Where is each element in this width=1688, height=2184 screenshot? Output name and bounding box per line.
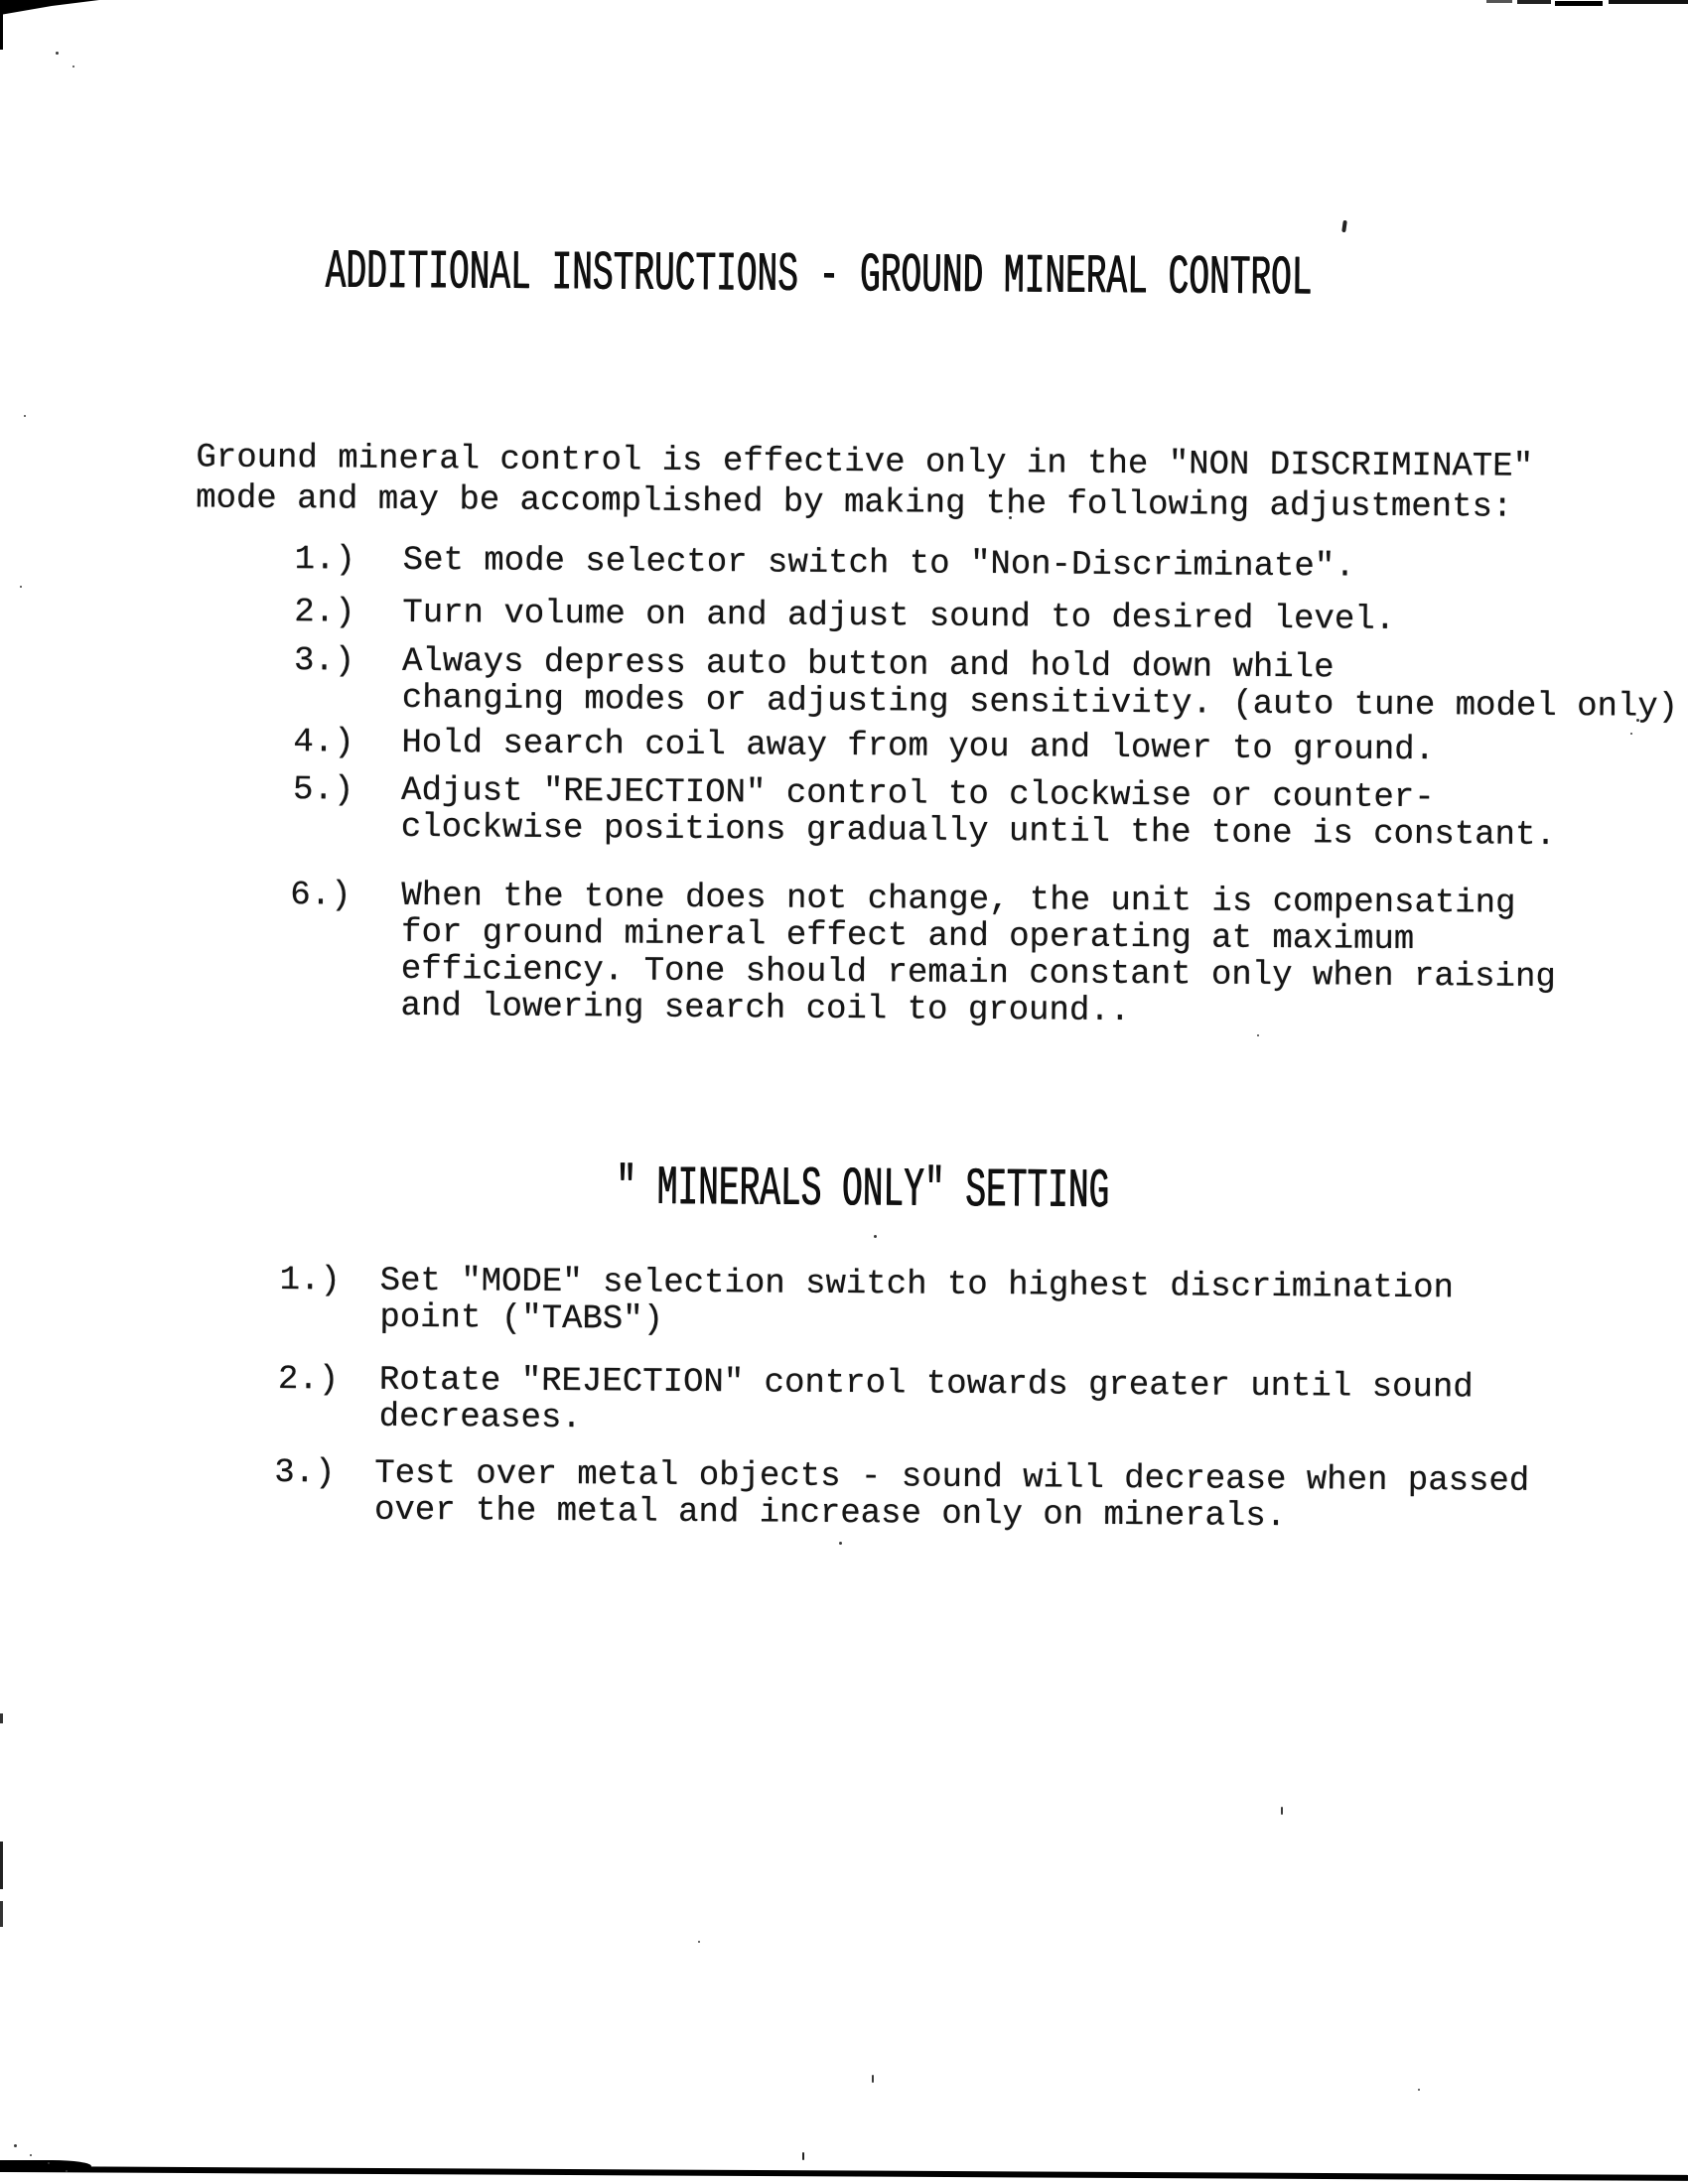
instruction-item: 5.) Adjust "REJECTION" control to clockw…: [2, 770, 1688, 782]
instruction-item: 1.) Set mode selector switch to "Non-Dis…: [4, 540, 1688, 552]
noise-speck: [56, 52, 59, 55]
noise-speck: [20, 586, 22, 588]
scan-artifact-left-edge-smudge: [0, 1901, 3, 1927]
instruction-item: 3.) Test over metal objects - sound will…: [0, 1453, 1685, 1465]
noise-speck: [698, 1941, 700, 1943]
noise-speck: [874, 1235, 877, 1238]
item-number: 5.): [293, 772, 353, 809]
document-title: ADDITIONAL INSTRUCTIONS - GROUND MINERAL…: [326, 241, 1313, 311]
instruction-item: 6.) When the tone does not change, the u…: [2, 876, 1688, 887]
noise-speck: [839, 1542, 842, 1545]
item-text: Set mode selector switch to "Non-Discrim…: [403, 543, 1355, 587]
instruction-item: 1.) Set "MODE" selection switch to highe…: [0, 1261, 1687, 1273]
item-number: 4.): [293, 725, 353, 761]
item-text: Always depress auto button and hold down…: [402, 644, 1679, 727]
item-number: 6.): [290, 878, 351, 914]
item-number: 1.): [280, 1263, 341, 1299]
item-text: Set "MODE" selection switch to highest d…: [379, 1264, 1454, 1345]
item-text: Turn volume on and adjust sound to desir…: [402, 596, 1395, 639]
typed-content: ADDITIONAL INSTRUCTIONS - GROUND MINERAL…: [0, 0, 1688, 2184]
instruction-item: 3.) Always depress auto button and hold …: [3, 641, 1688, 653]
scan-artifact-left-edge-line: [0, 6, 3, 50]
intro-paragraph: Ground mineral control is effective only…: [196, 438, 1533, 528]
noise-speck: [72, 66, 74, 68]
noise-speck: [30, 2154, 32, 2156]
noise-speck: [1418, 2089, 1420, 2091]
scan-artifact-top-right-streak: [1486, 0, 1512, 3]
instruction-item: 2.) Rotate "REJECTION" control towards g…: [0, 1360, 1686, 1372]
item-text: Hold search coil away from you and lower…: [401, 726, 1435, 769]
minerals-only-heading: " MINERALS ONLY" SETTING: [616, 1158, 1109, 1224]
item-number: 2.): [278, 1362, 339, 1399]
noise-speck: [1636, 719, 1639, 722]
noise-speck: [24, 415, 26, 417]
scan-artifact-top-right-streak: [1609, 0, 1688, 4]
scan-artifact-bottom-left-blob: [0, 2160, 91, 2172]
scan-artifact-left-edge-smudge: [0, 1713, 3, 1723]
noise-speck: [48, 2162, 50, 2164]
item-text: Rotate "REJECTION" control towards great…: [379, 1363, 1474, 1444]
noise-speck: [1257, 1034, 1259, 1036]
noise-speck: [14, 2144, 17, 2147]
noise-speck: [802, 2152, 804, 2160]
item-number: 2.): [294, 595, 354, 631]
noise-speck: [1281, 1807, 1283, 1815]
scan-artifact-left-edge-smudge: [0, 1842, 3, 1889]
instruction-item: 2.) Turn volume on and adjust sound to d…: [3, 593, 1688, 605]
item-number: 1.): [295, 542, 355, 579]
scanned-document-page: ADDITIONAL INSTRUCTIONS - GROUND MINERAL…: [0, 0, 1688, 2184]
item-text: When the tone does not change, the unit …: [400, 879, 1556, 1033]
noise-speck: [1009, 516, 1012, 519]
noise-speck: [66, 2170, 68, 2172]
noise-speck: [1630, 733, 1632, 735]
item-text: Test over metal objects - sound will dec…: [374, 1456, 1529, 1538]
item-text: Adjust "REJECTION" control to clockwise …: [401, 773, 1556, 855]
item-number: 3.): [294, 643, 354, 680]
item-number: 3.): [274, 1455, 335, 1492]
scan-artifact-top-right-streak: [1517, 0, 1551, 4]
noise-speck: [872, 2075, 874, 2083]
scan-artifact-top-right-streak: [1555, 1, 1603, 6]
